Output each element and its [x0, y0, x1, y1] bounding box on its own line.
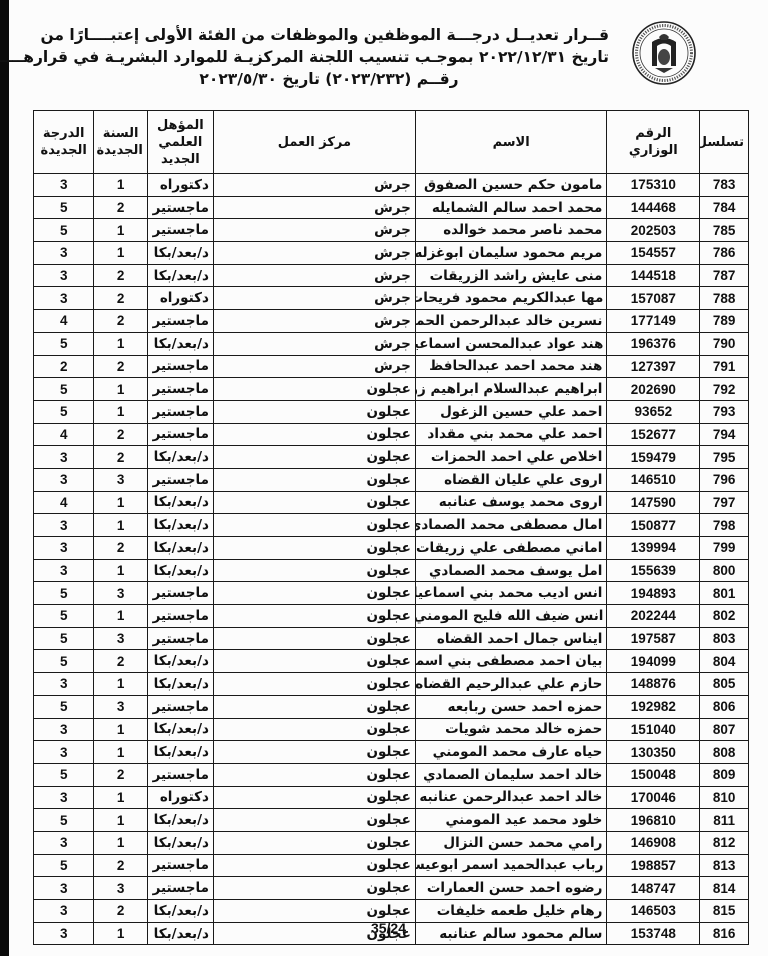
ministry-id-cell: 198857: [607, 854, 700, 877]
qualification-cell: د/بعد/بكا: [147, 559, 213, 582]
work-center-cell: عجلون: [213, 468, 415, 491]
work-center-cell: عجلون: [213, 446, 415, 469]
col-header-serial: تسلسل: [700, 111, 749, 174]
new-year-cell: 1: [94, 174, 147, 197]
qualification-cell: دكتوراه: [147, 786, 213, 809]
serial-cell: 812: [700, 831, 749, 854]
new-grade-cell: 5: [34, 400, 94, 423]
ministry-id-cell: 197587: [607, 627, 700, 650]
work-center-cell: جرش: [213, 196, 415, 219]
ministry-id-cell: 154557: [607, 242, 700, 265]
ministry-id-cell: 152677: [607, 423, 700, 446]
work-center-cell: جرش: [213, 332, 415, 355]
new-year-cell: 3: [94, 695, 147, 718]
qualification-cell: د/بعد/بكا: [147, 332, 213, 355]
table-row: 790196376هند عواد عبدالمحسن اسماعيلجرشد/…: [34, 332, 749, 355]
title-line-3: رقــم (٢٠٢٣/٢٣٢) تاريخ ٢٠٢٣/٥/٣٠: [49, 68, 609, 90]
table-row: 814148747رضوه احمد حسن العماراتعجلونماجس…: [34, 877, 749, 900]
serial-cell: 805: [700, 673, 749, 696]
serial-cell: 807: [700, 718, 749, 741]
name-cell: رباب عبدالحميد اسمر ابوعيسى: [415, 854, 607, 877]
table-row: 792202690ابراهيم عبدالسلام ابراهيم زواتي…: [34, 378, 749, 401]
qualification-cell: ماجستير: [147, 854, 213, 877]
qualification-cell: ماجستير: [147, 877, 213, 900]
document-title: قــرار تعديــل درجـــة الموظفين والموظفا…: [49, 24, 609, 90]
new-year-cell: 1: [94, 400, 147, 423]
table-row: 813198857رباب عبدالحميد اسمر ابوعيسىعجلو…: [34, 854, 749, 877]
new-grade-cell: 3: [34, 242, 94, 265]
serial-cell: 792: [700, 378, 749, 401]
new-year-cell: 3: [94, 627, 147, 650]
name-cell: اماني مصطفى علي زريقات: [415, 537, 607, 560]
name-cell: رامي محمد حسن النزال: [415, 831, 607, 854]
serial-cell: 808: [700, 741, 749, 764]
qualification-cell: د/بعد/بكا: [147, 650, 213, 673]
qualification-cell: ماجستير: [147, 219, 213, 242]
ministry-id-cell: 148876: [607, 673, 700, 696]
table-row: 808130350حياه عارف محمد المومنيعجلوند/بع…: [34, 741, 749, 764]
new-grade-cell: 5: [34, 854, 94, 877]
ministry-id-cell: 148747: [607, 877, 700, 900]
qualification-cell: د/بعد/بكا: [147, 491, 213, 514]
table-row: 795159479اخلاص علي احمد الحمزاتعجلوند/بع…: [34, 446, 749, 469]
new-year-cell: 2: [94, 446, 147, 469]
new-grade-cell: 5: [34, 763, 94, 786]
name-cell: اروى محمد يوسف عنانبه: [415, 491, 607, 514]
new-year-cell: 1: [94, 741, 147, 764]
name-cell: احمد علي حسين الزغول: [415, 400, 607, 423]
table-row: 791127397هند محمد احمد عبدالحافظجرشماجست…: [34, 355, 749, 378]
new-grade-cell: 5: [34, 582, 94, 605]
work-center-cell: عجلون: [213, 400, 415, 423]
new-grade-cell: 3: [34, 900, 94, 923]
new-grade-cell: 3: [34, 673, 94, 696]
qualification-cell: ماجستير: [147, 695, 213, 718]
col-header-new-grade: الدرجة الجديدة: [34, 111, 94, 174]
serial-cell: 790: [700, 332, 749, 355]
new-year-cell: 2: [94, 900, 147, 923]
table-row: 796146510اروى علي عليان القضاهعجلونماجست…: [34, 468, 749, 491]
table-row: 806192982حمزه احمد حسن ربابعهعجلونماجستي…: [34, 695, 749, 718]
ministry-id-cell: 146510: [607, 468, 700, 491]
qualification-cell: ماجستير: [147, 400, 213, 423]
qualification-cell: ماجستير: [147, 310, 213, 333]
scan-border: [0, 0, 9, 956]
new-year-cell: 3: [94, 877, 147, 900]
serial-cell: 800: [700, 559, 749, 582]
table-row: 787144518منى عايش راشد الزريقاتجرشد/بعد/…: [34, 264, 749, 287]
new-year-cell: 1: [94, 491, 147, 514]
table-row: 807151040حمزه خالد محمد شوياتعجلوند/بعد/…: [34, 718, 749, 741]
name-cell: حازم علي عبدالرحيم القضاه: [415, 673, 607, 696]
table-row: 789177149نسرين خالد عبدالرحمن الحمامدهجر…: [34, 310, 749, 333]
serial-cell: 815: [700, 900, 749, 923]
new-year-cell: 1: [94, 718, 147, 741]
new-year-cell: 3: [94, 582, 147, 605]
serial-cell: 802: [700, 605, 749, 628]
name-cell: رضوه احمد حسن العمارات: [415, 877, 607, 900]
new-year-cell: 2: [94, 310, 147, 333]
qualification-cell: د/بعد/بكا: [147, 831, 213, 854]
new-grade-cell: 5: [34, 378, 94, 401]
name-cell: حياه عارف محمد المومني: [415, 741, 607, 764]
qualification-cell: ماجستير: [147, 355, 213, 378]
qualification-cell: د/بعد/بكا: [147, 809, 213, 832]
new-year-cell: 2: [94, 196, 147, 219]
table-row: 811196810خلود محمد عيد المومنيعجلوند/بعد…: [34, 809, 749, 832]
qualification-cell: د/بعد/بكا: [147, 718, 213, 741]
work-center-cell: جرش: [213, 242, 415, 265]
work-center-cell: عجلون: [213, 673, 415, 696]
qualification-cell: د/بعد/بكا: [147, 446, 213, 469]
ministry-id-cell: 144518: [607, 264, 700, 287]
serial-cell: 786: [700, 242, 749, 265]
work-center-cell: عجلون: [213, 809, 415, 832]
serial-cell: 796: [700, 468, 749, 491]
work-center-cell: عجلون: [213, 900, 415, 923]
new-grade-cell: 3: [34, 174, 94, 197]
name-cell: اروى علي عليان القضاه: [415, 468, 607, 491]
new-grade-cell: 5: [34, 809, 94, 832]
name-cell: اخلاص علي احمد الحمزات: [415, 446, 607, 469]
new-year-cell: 1: [94, 378, 147, 401]
new-year-cell: 2: [94, 355, 147, 378]
name-cell: ابراهيم عبدالسلام ابراهيم زواتين: [415, 378, 607, 401]
ministry-id-cell: 196810: [607, 809, 700, 832]
ministry-id-cell: 151040: [607, 718, 700, 741]
name-cell: حمزه خالد محمد شويات: [415, 718, 607, 741]
qualification-cell: دكتوراه: [147, 287, 213, 310]
new-grade-cell: 5: [34, 605, 94, 628]
new-year-cell: 2: [94, 264, 147, 287]
ministry-id-cell: 202690: [607, 378, 700, 401]
name-cell: امال مصطفى محمد الصمادي: [415, 514, 607, 537]
table-row: 797147590اروى محمد يوسف عنانبهعجلوند/بعد…: [34, 491, 749, 514]
table-row: 815146503رهام خليل طعمه خليفاتعجلوند/بعد…: [34, 900, 749, 923]
work-center-cell: جرش: [213, 287, 415, 310]
work-center-cell: عجلون: [213, 514, 415, 537]
title-line-1: قــرار تعديــل درجـــة الموظفين والموظفا…: [49, 24, 609, 46]
new-year-cell: 1: [94, 786, 147, 809]
new-year-cell: 1: [94, 605, 147, 628]
ministry-id-cell: 159479: [607, 446, 700, 469]
new-grade-cell: 3: [34, 446, 94, 469]
new-grade-cell: 5: [34, 196, 94, 219]
ministry-id-cell: 194099: [607, 650, 700, 673]
new-grade-cell: 3: [34, 514, 94, 537]
ministry-id-cell: 194893: [607, 582, 700, 605]
name-cell: رهام خليل طعمه خليفات: [415, 900, 607, 923]
serial-cell: 804: [700, 650, 749, 673]
name-cell: امل يوسف محمد الصمادي: [415, 559, 607, 582]
table-row: 799139994اماني مصطفى علي زريقاتعجلوند/بع…: [34, 537, 749, 560]
serial-cell: 785: [700, 219, 749, 242]
ministry-id-cell: 155639: [607, 559, 700, 582]
new-grade-cell: 5: [34, 695, 94, 718]
new-grade-cell: 3: [34, 786, 94, 809]
name-cell: خالد احمد سليمان الصمادي: [415, 763, 607, 786]
work-center-cell: عجلون: [213, 650, 415, 673]
table-row: 805148876حازم علي عبدالرحيم القضاهعجلوند…: [34, 673, 749, 696]
serial-cell: 797: [700, 491, 749, 514]
new-year-cell: 1: [94, 673, 147, 696]
ministry-id-cell: 170046: [607, 786, 700, 809]
name-cell: منى عايش راشد الزريقات: [415, 264, 607, 287]
serial-cell: 788: [700, 287, 749, 310]
new-year-cell: 2: [94, 423, 147, 446]
qualification-cell: ماجستير: [147, 763, 213, 786]
name-cell: ايناس جمال احمد القضاه: [415, 627, 607, 650]
work-center-cell: عجلون: [213, 537, 415, 560]
serial-cell: 803: [700, 627, 749, 650]
table-row: 794152677احمد علي محمد بني مقدادعجلونماج…: [34, 423, 749, 446]
new-year-cell: 2: [94, 763, 147, 786]
name-cell: حمزه احمد حسن ربابعه: [415, 695, 607, 718]
serial-cell: 789: [700, 310, 749, 333]
qualification-cell: د/بعد/بكا: [147, 673, 213, 696]
new-grade-cell: 3: [34, 559, 94, 582]
name-cell: مها عبدالكريم محمود فريحات: [415, 287, 607, 310]
new-grade-cell: 3: [34, 264, 94, 287]
ministry-id-cell: 196376: [607, 332, 700, 355]
qualification-cell: د/بعد/بكا: [147, 514, 213, 537]
name-cell: محمد احمد سالم الشمايله: [415, 196, 607, 219]
table-row: 783175310مامون حكم حسين الصفوقجرشدكتوراه…: [34, 174, 749, 197]
new-grade-cell: 4: [34, 423, 94, 446]
employees-grade-table: تسلسل الرقم الوزاري الاسم مركز العمل الم…: [33, 110, 749, 945]
new-grade-cell: 4: [34, 310, 94, 333]
ministry-id-cell: 147590: [607, 491, 700, 514]
new-year-cell: 2: [94, 537, 147, 560]
ministry-id-cell: 157087: [607, 287, 700, 310]
work-center-cell: عجلون: [213, 786, 415, 809]
work-center-cell: جرش: [213, 264, 415, 287]
table-row: 801194893انس اديب محمد بني اسماعيلعجلونم…: [34, 582, 749, 605]
serial-cell: 814: [700, 877, 749, 900]
work-center-cell: عجلون: [213, 877, 415, 900]
work-center-cell: عجلون: [213, 605, 415, 628]
table-row: 810170046خالد احمد عبدالرحمن عنانبهعجلون…: [34, 786, 749, 809]
serial-cell: 809: [700, 763, 749, 786]
work-center-cell: عجلون: [213, 718, 415, 741]
ministry-id-cell: 202503: [607, 219, 700, 242]
table-row: 812146908رامي محمد حسن النزالعجلوند/بعد/…: [34, 831, 749, 854]
qualification-cell: د/بعد/بكا: [147, 537, 213, 560]
table-row: 803197587ايناس جمال احمد القضاهعجلونماجس…: [34, 627, 749, 650]
new-grade-cell: 3: [34, 877, 94, 900]
table-header-row: تسلسل الرقم الوزاري الاسم مركز العمل الم…: [34, 111, 749, 174]
serial-cell: 801: [700, 582, 749, 605]
work-center-cell: عجلون: [213, 695, 415, 718]
work-center-cell: عجلون: [213, 559, 415, 582]
new-grade-cell: 2: [34, 355, 94, 378]
qualification-cell: ماجستير: [147, 582, 213, 605]
col-header-ministry-id: الرقم الوزاري: [607, 111, 700, 174]
ministry-id-cell: 139994: [607, 537, 700, 560]
work-center-cell: عجلون: [213, 763, 415, 786]
new-year-cell: 1: [94, 809, 147, 832]
serial-cell: 811: [700, 809, 749, 832]
table-row: 788157087مها عبدالكريم محمود فريحاتجرشدك…: [34, 287, 749, 310]
work-center-cell: عجلون: [213, 582, 415, 605]
serial-cell: 794: [700, 423, 749, 446]
serial-cell: 810: [700, 786, 749, 809]
new-grade-cell: 3: [34, 468, 94, 491]
work-center-cell: جرش: [213, 355, 415, 378]
table-row: 79393652احمد علي حسين الزغولعجلونماجستير…: [34, 400, 749, 423]
serial-cell: 798: [700, 514, 749, 537]
ministry-id-cell: 127397: [607, 355, 700, 378]
new-year-cell: 1: [94, 514, 147, 537]
qualification-cell: د/بعد/بكا: [147, 264, 213, 287]
new-year-cell: 1: [94, 242, 147, 265]
table-row: 800155639امل يوسف محمد الصماديعجلوند/بعد…: [34, 559, 749, 582]
name-cell: بيان احمد مصطفى بني اسماعيل: [415, 650, 607, 673]
new-grade-cell: 3: [34, 537, 94, 560]
new-year-cell: 1: [94, 559, 147, 582]
table-body: 783175310مامون حكم حسين الصفوقجرشدكتوراه…: [34, 174, 749, 945]
qualification-cell: د/بعد/بكا: [147, 741, 213, 764]
serial-cell: 791: [700, 355, 749, 378]
serial-cell: 806: [700, 695, 749, 718]
name-cell: مامون حكم حسين الصفوق: [415, 174, 607, 197]
new-grade-cell: 5: [34, 627, 94, 650]
table-row: 784144468محمد احمد سالم الشمايلهجرشماجست…: [34, 196, 749, 219]
new-year-cell: 2: [94, 287, 147, 310]
work-center-cell: عجلون: [213, 831, 415, 854]
ministry-id-cell: 177149: [607, 310, 700, 333]
new-year-cell: 2: [94, 854, 147, 877]
serial-cell: 793: [700, 400, 749, 423]
work-center-cell: جرش: [213, 310, 415, 333]
new-grade-cell: 4: [34, 491, 94, 514]
new-grade-cell: 5: [34, 650, 94, 673]
name-cell: انس اديب محمد بني اسماعيل: [415, 582, 607, 605]
serial-cell: 783: [700, 174, 749, 197]
table-row: 802202244انس ضيف الله فليح المومنيعجلونم…: [34, 605, 749, 628]
name-cell: انس ضيف الله فليح المومني: [415, 605, 607, 628]
title-line-2: تاريخ ٢٠٢٢/١٢/٣١ بموجـب تنسيب اللجنة الم…: [49, 46, 609, 68]
serial-cell: 795: [700, 446, 749, 469]
qualification-cell: د/بعد/بكا: [147, 242, 213, 265]
ministry-id-cell: 175310: [607, 174, 700, 197]
table-row: 804194099بيان احمد مصطفى بني اسماعيلعجلو…: [34, 650, 749, 673]
work-center-cell: عجلون: [213, 854, 415, 877]
name-cell: محمد ناصر محمد خوالده: [415, 219, 607, 242]
ministry-id-cell: 150877: [607, 514, 700, 537]
ministry-id-cell: 146908: [607, 831, 700, 854]
serial-cell: 799: [700, 537, 749, 560]
col-header-qualification: المؤهل العلمي الجديد: [147, 111, 213, 174]
new-grade-cell: 5: [34, 332, 94, 355]
work-center-cell: عجلون: [213, 491, 415, 514]
name-cell: خالد احمد عبدالرحمن عنانبه: [415, 786, 607, 809]
name-cell: نسرين خالد عبدالرحمن الحمامده: [415, 310, 607, 333]
qualification-cell: ماجستير: [147, 196, 213, 219]
work-center-cell: جرش: [213, 219, 415, 242]
ministry-id-cell: 93652: [607, 400, 700, 423]
qualification-cell: دكتوراه: [147, 174, 213, 197]
ministry-id-cell: 192982: [607, 695, 700, 718]
qualification-cell: ماجستير: [147, 605, 213, 628]
ministry-id-cell: 130350: [607, 741, 700, 764]
name-cell: هند عواد عبدالمحسن اسماعيل: [415, 332, 607, 355]
document-page: قــرار تعديــل درجـــة الموظفين والموظفا…: [9, 0, 768, 956]
work-center-cell: عجلون: [213, 423, 415, 446]
new-year-cell: 1: [94, 831, 147, 854]
name-cell: مريم محمود سليمان ابوغزله: [415, 242, 607, 265]
ministry-id-cell: 144468: [607, 196, 700, 219]
table-row: 785202503محمد ناصر محمد خوالدهجرشماجستير…: [34, 219, 749, 242]
work-center-cell: عجلون: [213, 378, 415, 401]
qualification-cell: د/بعد/بكا: [147, 900, 213, 923]
new-grade-cell: 3: [34, 287, 94, 310]
new-grade-cell: 3: [34, 718, 94, 741]
serial-cell: 787: [700, 264, 749, 287]
new-year-cell: 1: [94, 332, 147, 355]
work-center-cell: جرش: [213, 174, 415, 197]
new-year-cell: 3: [94, 468, 147, 491]
qualification-cell: ماجستير: [147, 468, 213, 491]
new-grade-cell: 3: [34, 741, 94, 764]
col-header-work-center: مركز العمل: [213, 111, 415, 174]
jordan-coat-of-arms-icon: [631, 20, 697, 86]
ministry-id-cell: 146503: [607, 900, 700, 923]
serial-cell: 784: [700, 196, 749, 219]
new-grade-cell: 5: [34, 219, 94, 242]
new-grade-cell: 3: [34, 831, 94, 854]
page-number: 35/24: [9, 920, 768, 936]
new-year-cell: 2: [94, 650, 147, 673]
ministry-id-cell: 150048: [607, 763, 700, 786]
name-cell: خلود محمد عيد المومني: [415, 809, 607, 832]
qualification-cell: ماجستير: [147, 423, 213, 446]
name-cell: هند محمد احمد عبدالحافظ: [415, 355, 607, 378]
ministry-id-cell: 202244: [607, 605, 700, 628]
table-row: 798150877امال مصطفى محمد الصماديعجلوند/ب…: [34, 514, 749, 537]
new-year-cell: 1: [94, 219, 147, 242]
work-center-cell: عجلون: [213, 627, 415, 650]
serial-cell: 813: [700, 854, 749, 877]
table-row: 786154557مريم محمود سليمان ابوغزلهجرشد/ب…: [34, 242, 749, 265]
work-center-cell: عجلون: [213, 741, 415, 764]
qualification-cell: ماجستير: [147, 627, 213, 650]
col-header-name: الاسم: [415, 111, 607, 174]
col-header-new-year: السنة الجديدة: [94, 111, 147, 174]
name-cell: احمد علي محمد بني مقداد: [415, 423, 607, 446]
qualification-cell: ماجستير: [147, 378, 213, 401]
table-row: 809150048خالد احمد سليمان الصماديعجلونما…: [34, 763, 749, 786]
